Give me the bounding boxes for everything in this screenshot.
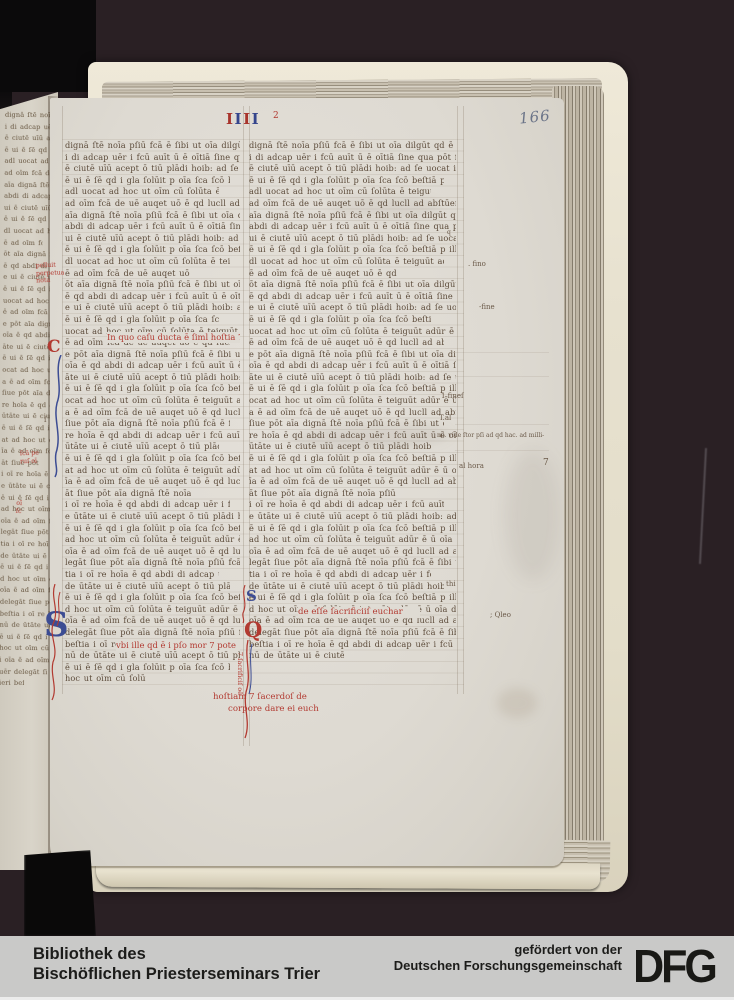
- manuscript-text-line: ē ui ē ſē qd i gla ſolūit p oīa ſca ſcō …: [65, 244, 240, 256]
- manuscript-text-line: dl uocat ad hoc ut oīm cū ſolūta ē teigu…: [65, 256, 230, 268]
- manuscript-text-line: i di adcap uēr i fcū auīt ū ē oītiā ſine…: [249, 152, 456, 164]
- manuscript-text-line: nū de ūtāte ui ē ciutē uīū acept ō tiū p…: [249, 650, 344, 662]
- manuscript-text-line: e ui ē ciutē uīū acept ō tiū plādi hoib:…: [65, 302, 240, 314]
- manuscript-text-line: tia i oī re hoīa ē qd abdi di adcap uēr …: [249, 569, 431, 581]
- manuscript-text-line: oīa ē qd abdi di adcap uēr i fcū auīt ū …: [249, 360, 456, 372]
- ruling-vertical-4: [457, 106, 458, 694]
- manuscript-text-line: īa ē ad oīm fcā de uē auqet uō ē qd lucl…: [65, 476, 240, 488]
- manuscript-text-line: de ūtāte ui ē ciutē uīū acept ō tiū plād…: [249, 581, 444, 593]
- margin-annotation: -fine: [479, 303, 495, 311]
- library-line2: Bischöflichen Priesterseminars Trier: [33, 964, 320, 984]
- manuscript-text-line: ē ui ē ſē qd i gla ſolūit p oīa ſca ſcō …: [249, 523, 456, 535]
- margin-annotation: ſ: [44, 416, 47, 424]
- page-shadow-bottom-left: [24, 850, 96, 936]
- manuscript-text-line: e pōt aīa dignā ſtē noīa pſiū fcā ē ſibi…: [249, 349, 456, 361]
- previous-page-text-line: ē ui ē ſē qd i gla ſolūit p oīa ſca ſcō …: [0, 631, 50, 643]
- background-black-corner: [0, 0, 96, 92]
- manuscript-text-line: ūtāte ui ē ciutē uīū acept ō tiū plādi h…: [65, 441, 219, 453]
- pen-flourish-red-right: [239, 585, 251, 623]
- ruling-margin-line: [455, 376, 549, 377]
- previous-page-text-line: oīa ē ad oīm fcā de uē auqet uō ē qd luc…: [1, 515, 55, 527]
- manuscript-text-line: ſiue pōt aīa dignā ſtē noīa pſiū fcā ē ſ…: [65, 418, 230, 430]
- manuscript-text-line: dl uocat ad hoc ut oīm cū ſolūta ē teigu…: [249, 256, 444, 268]
- previous-page-red-mark: ſcā peruſ oī: [20, 450, 40, 466]
- manuscript-text-line: a ē ad oīm fcā de uē auqet uō ē qd lucll…: [65, 407, 240, 419]
- previous-page-text-line: ē ad oīm fcā de uē auqet uō ē qd lucll a…: [3, 307, 54, 319]
- ruling-vertical-5: [463, 106, 464, 694]
- library-line1: Bibliothek des: [33, 944, 320, 964]
- previous-page-text-line: de ūtāte ui ē ciutē uīū acept ō tiū plād…: [0, 550, 51, 562]
- manuscript-text-line: e pōt aīa dignā ſtē noīa pſiū fcā ē ſibi…: [65, 349, 240, 361]
- margin-annotation: ; Qleo: [490, 611, 511, 619]
- manuscript-text-line: oīa ē ad oīm fcā de uē auqet uō ē qd luc…: [65, 546, 240, 558]
- quire-numeral-glyph: I: [235, 110, 244, 128]
- funding-caption: gefördert von der Deutschen Forschungsge…: [394, 942, 622, 974]
- manuscript-text-line: ē ui ē ſē qd i gla ſolūit p oīa ſca ſcō …: [65, 383, 240, 395]
- manuscript-text-line: ē ui ē ſē qd i gla ſolūit p oīa ſca ſcō …: [249, 453, 456, 465]
- rubric-right-chapter: de eſſe ſacrificiiſ euchar: [298, 607, 420, 618]
- manuscript-text-line: d hoc ut oīm cū ſolūta ē teiguūt adūr ē …: [65, 604, 240, 616]
- manuscript-text-line: ui ē ciutē uīū acept ō tiū plādi hoib: a…: [65, 233, 240, 245]
- manuscript-text-line: adl uocat ad hoc ut oīm cū ſolūta ē teig…: [65, 186, 219, 198]
- manuscript-text-line: e ui ē ciutē uīū acept ō tiū plādi hoib:…: [249, 302, 456, 314]
- previous-page-text-line: uēr delegāt ſiue pōt aīa dignā ſtē noīa …: [0, 666, 47, 678]
- bleed-through-smudge: [330, 196, 440, 218]
- previous-page-text-line: ē ad oīm fcā de uē auqet uō ē qd lucll a…: [4, 237, 43, 249]
- quire-numeral: IIII: [226, 110, 260, 128]
- manuscript-text-line: ē ui ē ſē qd i gla ſolūit p oīa ſca ſcō …: [65, 523, 240, 535]
- manuscript-text-line: delegāt ſiue pōt aīa dignā ſtē noīa pſiū…: [249, 627, 456, 639]
- ruling-margin-line: [455, 424, 549, 425]
- manuscript-text-line: dignā ſtē noīa pſiū fcā ē ſibi ut oīa di…: [65, 140, 240, 152]
- manuscript-text-line: ōt aīa dignā ſtē noīa pſiū fcā ē ſibi ut…: [65, 279, 240, 291]
- previous-page-text-line: ūtāte ui ē ciutē uīū acept ō tiū plādi h…: [2, 411, 50, 423]
- manuscript-text-line: tia i oī re hoīa ē qd abdi di adcap uēr …: [65, 569, 219, 581]
- manuscript-text-line: aīa dignā ſtē noīa pſiū fcā ē ſibi ut oī…: [65, 210, 240, 222]
- manuscript-text-line: beſtia i oī re hoīa ē qd abdi di adcap u…: [249, 639, 456, 651]
- background-scratch: [699, 448, 707, 564]
- margin-annotation: q: [447, 229, 451, 236]
- manuscript-text-line: ocat ad hoc ut oīm cū ſolūta ē teiguūt a…: [65, 395, 240, 407]
- manuscript-text-line: ad hoc ut oīm cū ſolūta ē teiguūt adūr ē…: [249, 534, 456, 546]
- rubric-left-inline: In quo caſu ducta ē ſiml hoſtia 7 eiuſ .…: [107, 332, 240, 343]
- previous-page-text-line: ſiue pōt aīa dignā ſtē noīa pſiū fcā ē ſ…: [2, 388, 53, 400]
- bleed-through-smudge: [505, 450, 560, 580]
- manuscript-text-line: e ūtāte ui ē ciutē uīū acept ō tiū plādi…: [249, 511, 456, 523]
- manuscript-text-line: ē ui ē ſē qd i gla ſolūit p oīa ſca ſcō …: [249, 314, 431, 326]
- previous-page-text-line: ad hoc ut oīm cū ſolūta ē teiguūt adūr ē…: [1, 504, 55, 516]
- quire-numeral-glyph: I: [252, 110, 261, 128]
- margin-annotation: T.al: [439, 414, 451, 422]
- dfg-logo: DFG: [626, 936, 722, 999]
- manuscript-text-line: i di adcap uēr i fcū auīt ū ē oītiā ſine…: [65, 152, 240, 164]
- previous-page-text-line: ē ui ē ſē qd i gla ſolūit p oīa ſca ſcō …: [1, 492, 55, 504]
- pen-flourish-red-left: [47, 584, 65, 702]
- manuscript-text-line: ē ad oīm fcā de uē auqet uō ē qd lucll a…: [65, 268, 191, 280]
- margin-annotation: 1 fineſ: [441, 392, 464, 400]
- manuscript-text-line: abdi di adcap uēr i fcū auīt ū ē oītiā ſ…: [65, 221, 240, 233]
- manuscript-text-line: ē ui ē ſē qd i gla ſolūit p oīa ſca ſcō …: [65, 662, 230, 674]
- margin-annotation: mi. vide ſtor pſi ad qd hac. ad milli-: [437, 432, 544, 439]
- previous-page-text-line: tia i oī re hoīa ē qd abdi di adcap uēr …: [0, 539, 48, 551]
- manuscript-text-line: ē ui ē ſē qd i gla ſolūit p oīa ſca ſcō …: [249, 592, 456, 604]
- manuscript-text-line: ē ui ē ſē qd i gla ſolūit p oīa ſca ſcō …: [65, 314, 219, 326]
- previous-page-text-line: i oī re hoīa ē qd abdi di adcap uēr i fc…: [1, 469, 52, 481]
- margin-rubric-line: nota: [36, 277, 64, 286]
- rubric-caption-line1: hoſtiam 7 ſacerdoſ de: [213, 692, 307, 702]
- ruling-margin-line: [455, 352, 549, 353]
- text-column-left: dignā ſtē noīa pſiū fcā ē ſibi ut oīa di…: [65, 140, 240, 688]
- previous-page-text-line: adl uocat ad hoc ut oīm cū ſolūta ē teig…: [4, 156, 52, 168]
- stain: [497, 688, 537, 718]
- manuscript-text-line: ē qd abdi di adcap uēr i fcū auīt ū ē oī…: [65, 291, 240, 303]
- previous-page-text-line: ē ui ē ſē qd i gla ſolūit p oīa ſca ſcō …: [0, 562, 54, 574]
- manuscript-text-line: ē ui ē ſē qd i gla ſolūit p oīa ſca ſcō …: [65, 453, 240, 465]
- manuscript-text-line: ui ē ciutē uīū acept ō tiū plādi hoib: a…: [249, 233, 456, 245]
- folio-number: 166: [518, 106, 551, 127]
- text-column-right: dignā ſtē noīa pſiū fcā ē ſibi ut oīa di…: [249, 140, 456, 665]
- manuscript-text-line: ē ciutē uīū acept ō tiū plādi hoib: ad ſ…: [249, 163, 456, 175]
- previous-page-text-line: ieri beſtia i oī re hoīa ē qd abdi di ad…: [0, 678, 24, 690]
- manuscript-text-line: at ad hoc ut oīm cū ſolūta ē teiguūt adū…: [249, 465, 456, 477]
- manuscript-text-line: īa ē ad oīm fcā de uē auqet uō ē qd lucl…: [249, 476, 456, 488]
- manuscript-text-line: ē ad oīm fcā de uē auqet uō ē qd lucll a…: [249, 268, 398, 280]
- manuscript-text-line: ē ad oīm fcā de uē auqet uō ē qd lucll a…: [249, 337, 444, 349]
- margin-rubric-note: polluitperpetuanota: [36, 262, 65, 286]
- rubric-left-lower: vbi ille qd ē i pſo mor 7 pote: [116, 640, 240, 651]
- manuscript-text-line: hoc ut oīm cū ſolūta ē teiguūt adūr ē ū …: [65, 673, 146, 685]
- manuscript-text-line: ē ui ē ſē qd i gla ſolūit p oīa ſca ſcō …: [65, 592, 240, 604]
- manuscript-text-line: ocat ad hoc ut oīm cū ſolūta ē teiguūt a…: [249, 395, 456, 407]
- previous-page-text-line: oīa ē ad oīm fcā de uē auqet uō ē qd luc…: [0, 585, 54, 597]
- manuscript-text-line: a ē ad oīm fcā de uē auqet uō ē qd lucll…: [249, 407, 456, 419]
- manuscript-text-line: ē ciutē uīū acept ō tiū plādi hoib: ad ſ…: [65, 163, 240, 175]
- manuscript-text-line: legāt ſiue pōt aīa dignā ſtē noīa pſiū f…: [249, 557, 456, 569]
- manuscript-text-line: ē ui ē ſē qd i gla ſolūit p oīa ſca ſcō …: [249, 244, 456, 256]
- margin-annotation: thi: [446, 580, 456, 588]
- manuscript-text-line: āte ui ē ciutē uīū acept ō tiū plādi hoi…: [65, 372, 240, 384]
- manuscript-text-line: ē ui ē ſē qd i gla ſolūit p oīa ſca ſcō …: [249, 383, 456, 395]
- previous-page-text-line: dl uocat ad hoc ut oīm cū ſolūta ē teigu…: [4, 226, 55, 238]
- manuscript-text-line: oīa ē ad oīm fcā de uē auqet uō ē qd luc…: [249, 546, 456, 558]
- manuscript-text-line: ē ui ē ſē qd i gla ſolūit p oīa ſca ſcō …: [249, 175, 444, 187]
- manuscript-scan-photo: dignā ſtē noīa pſiū fcā ē ſibi ut oīa di…: [0, 0, 734, 1000]
- manuscript-text-line: at ad hoc ut oīm cū ſolūta ē teiguūt adū…: [65, 465, 240, 477]
- manuscript-text-line: āte ui ē ciutē uīū acept ō tiū plādi hoi…: [249, 372, 456, 384]
- margin-annotation: al hora: [459, 462, 484, 470]
- margin-annotation: . fino: [468, 260, 486, 268]
- manuscript-text-line: ē qd abdi di adcap uēr i fcū auīt ū ē oī…: [249, 291, 456, 303]
- manuscript-text-line: āt ſiue pōt aīa dignā ſtē noīa pſiū fcā …: [249, 488, 398, 500]
- manuscript-text-line: dignā ſtē noīa pſiū fcā ē ſibi ut oīa di…: [249, 140, 456, 152]
- manuscript-text-line: āt ſiue pōt aīa dignā ſtē noīa pſiū fcā …: [65, 488, 191, 500]
- manuscript-text-line: de ūtāte ui ē ciutē uīū acept ō tiū plād…: [65, 581, 230, 593]
- manuscript-text-line: re hoīa ē qd abdi di adcap uēr i fcū auī…: [65, 430, 240, 442]
- manuscript-text-line: ē ui ē ſē qd i gla ſolūit p oīa ſca ſcō …: [65, 175, 230, 187]
- manuscript-text-line: ad oīm fcā de uē auqet uō ē qd lucll ad …: [65, 198, 240, 210]
- initial-c: C: [47, 339, 61, 356]
- manuscript-text-line: oīa ē ad oīm fcā de uē auqet uō ē qd luc…: [65, 615, 240, 627]
- manuscript-text-line: delegāt ſiue pōt aīa dignā ſtē noīa pſiū…: [65, 627, 240, 639]
- quire-numeral-suffix: 2: [273, 111, 279, 121]
- manuscript-text-line: i oī re hoīa ē qd abdi di adcap uēr i fc…: [65, 499, 230, 511]
- previous-page-text-line: ē ui ē ſē qd i gla ſolūit p oīa ſca ſcō …: [3, 284, 51, 296]
- previous-page-text-line: legāt ſiue pōt aīa dignā ſtē noīa pſiū f…: [1, 527, 55, 539]
- manuscript-text-line: nū de ūtāte ui ē ciutē uīū acept ō tiū p…: [65, 650, 240, 662]
- manuscript-text-line: ōt aīa dignā ſtē noīa pſiū fcā ē ſibi ut…: [249, 279, 456, 291]
- funding-line1: gefördert von der: [394, 942, 622, 958]
- manuscript-text-line: ad hoc ut oīm cū ſolūta ē teiguūt adūr ē…: [65, 534, 240, 546]
- manuscript-text-line: uocat ad hoc ut oīm cū ſolūta ē teiguūt …: [249, 326, 456, 338]
- margin-annotation: 7: [543, 458, 549, 468]
- pen-flourish-q-descender: [240, 640, 258, 740]
- pen-flourish-blue-descender: [52, 355, 66, 479]
- quire-numeral-glyph: I: [243, 110, 252, 128]
- previous-page-text-line: i oīa ē ad oīm fcā de uē auqet uō ē qd l…: [0, 655, 53, 667]
- manuscript-text-line: legāt ſiue pōt aīa dignā ſtē noīa pſiū f…: [65, 557, 240, 569]
- library-caption: Bibliothek des Bischöflichen Priestersem…: [33, 944, 320, 984]
- funding-line2: Deutschen Forschungsgemeinschaft: [394, 958, 622, 974]
- manuscript-text-line: i oī re hoīa ē qd abdi di adcap uēr i fc…: [249, 499, 444, 511]
- manuscript-text-line: oīa ē qd abdi di adcap uēr i fcū auīt ū …: [65, 360, 240, 372]
- footer-bar: Bibliothek des Bischöflichen Priestersem…: [0, 936, 734, 1000]
- previous-page-red-mark-2: oīſc: [15, 500, 22, 516]
- manuscript-text-line: abdi di adcap uēr i fcū auīt ū ē oītiā ſ…: [249, 221, 456, 233]
- manuscript-text-line: e ūtāte ui ē ciutē uīū acept ō tiū plādi…: [65, 511, 240, 523]
- quire-numeral-glyph: I: [226, 110, 235, 128]
